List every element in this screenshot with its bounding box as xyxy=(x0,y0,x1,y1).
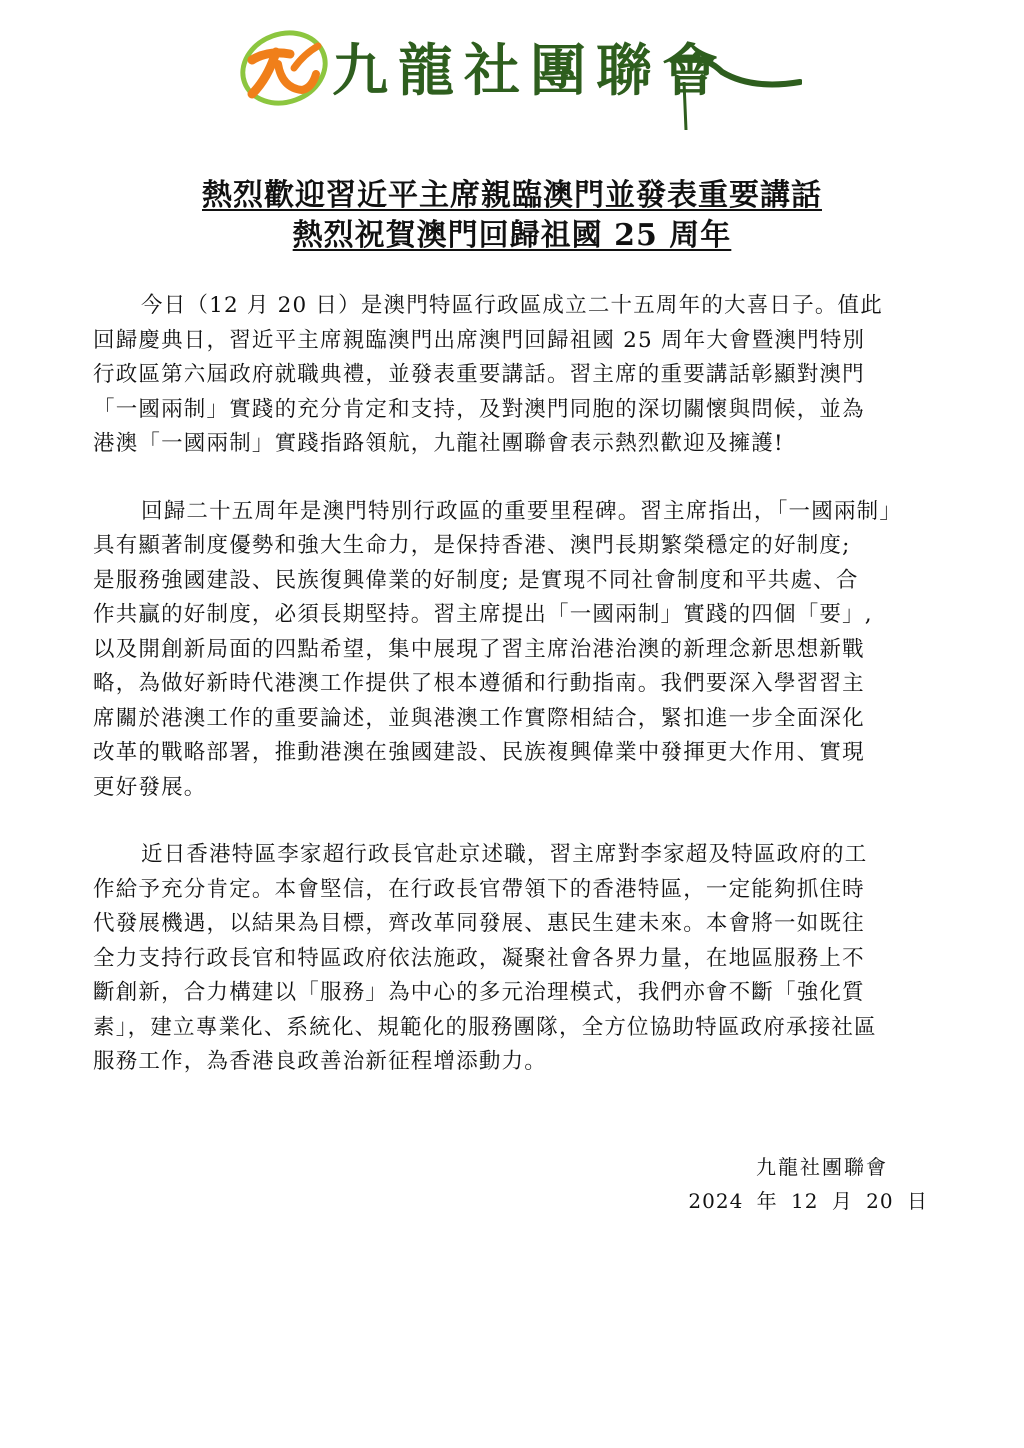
paragraph-line: 以及開創新局面的四點希望，集中展現了習主席治港治澳的新理念新思想新戰 xyxy=(93,633,938,668)
signature-org: 九龍社團聯會 xyxy=(688,1150,928,1184)
brush-stroke-decoration xyxy=(662,42,802,132)
paragraph-line: 素」，建立專業化、系統化、規範化的服務團隊，全方位協助特區政府承接社區 xyxy=(93,1011,938,1046)
paragraph-line: 回歸二十五周年是澳門特別行政區的重要里程碑。習主席指出，「一國兩制」 xyxy=(93,495,938,530)
paragraph-2: 回歸二十五周年是澳門特別行政區的重要里程碑。習主席指出，「一國兩制」 具有顯著制… xyxy=(93,495,938,806)
paragraph-line: 今日（12 月 20 日）是澳門特區行政區成立二十五周年的大喜日子。值此 xyxy=(93,289,938,324)
paragraph-line: 略，為做好新時代港澳工作提供了根本遵循和行動指南。我們要深入學習習主 xyxy=(93,667,938,702)
paragraph-1: 今日（12 月 20 日）是澳門特區行政區成立二十五周年的大喜日子。值此 回歸慶… xyxy=(93,289,938,462)
signature-block: 九龍社團聯會 2024 年 12 月 20 日 xyxy=(688,1150,928,1218)
paragraph-line: 回歸慶典日，習近平主席親臨澳門出席澳門回歸祖國 25 周年大會暨澳門特別 xyxy=(93,324,938,359)
paragraph-3: 近日香港特區李家超行政長官赴京述職，習主席對李家超及特區政府的工 作給予充分肯定… xyxy=(93,838,938,1080)
paragraph-line: 港澳「一國兩制」實踐指路領航，九龍社團聯會表示熱烈歡迎及擁護! xyxy=(93,427,938,462)
title-line-1: 熱烈歡迎習近平主席親臨澳門並發表重要講話 xyxy=(202,176,822,216)
paragraph-line: 作給予充分肯定。本會堅信，在行政長官帶領下的香港特區，一定能夠抓住時 xyxy=(93,873,938,908)
letter-body: 今日（12 月 20 日）是澳門特區行政區成立二十五周年的大喜日子。值此 回歸慶… xyxy=(93,289,938,1113)
paragraph-line: 是服務強國建設、民族復興偉業的好制度; 是實現不同社會制度和平共處、合 xyxy=(93,564,938,599)
paragraph-line: 具有顯著制度優勢和強大生命力，是保持香港、澳門長期繁榮穩定的好制度; xyxy=(93,529,938,564)
letterhead: 九龍社團聯會 xyxy=(232,22,802,132)
paragraph-line: 全力支持行政長官和特區政府依法施政，凝聚社會各界力量，在地區服務上不 xyxy=(93,942,938,977)
paragraph-line: 行政區第六屆政府就職典禮，並發表重要講話。習主席的重要講話彰顯對澳門 xyxy=(93,358,938,393)
paragraph-line: 席關於港澳工作的重要論述，並與港澳工作實際相結合，緊扣進一步全面深化 xyxy=(93,702,938,737)
paragraph-line: 作共贏的好制度，必須長期堅持。習主席提出「一國兩制」實踐的四個「要」, xyxy=(93,598,938,633)
paragraph-line: 服務工作，為香港良政善治新征程增添動力。 xyxy=(93,1045,938,1080)
signature-date: 2024 年 12 月 20 日 xyxy=(688,1184,928,1218)
document-title: 熱烈歡迎習近平主席親臨澳門並發表重要講話 熱烈祝賀澳門回歸祖國 25 周年 xyxy=(0,176,1024,256)
paragraph-line: 近日香港特區李家超行政長官赴京述職，習主席對李家超及特區政府的工 xyxy=(93,838,938,873)
paragraph-line: 斷創新，合力構建以「服務」為中心的多元治理模式，我們亦會不斷「強化質 xyxy=(93,976,938,1011)
title-line-2: 熱烈祝賀澳門回歸祖國 25 周年 xyxy=(293,216,732,256)
logo-k-icon xyxy=(238,28,330,108)
paragraph-line: 改革的戰略部署，推動港澳在強國建設、民族複興偉業中發揮更大作用、實現 xyxy=(93,736,938,771)
paragraph-line: 代發展機遇，以結果為目標，齊改革同發展、惠民生建未來。本會將一如既往 xyxy=(93,907,938,942)
paragraph-line: 「一國兩制」實踐的充分肯定和支持，及對澳門同胞的深切關懷與問候，並為 xyxy=(93,393,938,428)
paragraph-line: 更好發展。 xyxy=(93,771,938,806)
